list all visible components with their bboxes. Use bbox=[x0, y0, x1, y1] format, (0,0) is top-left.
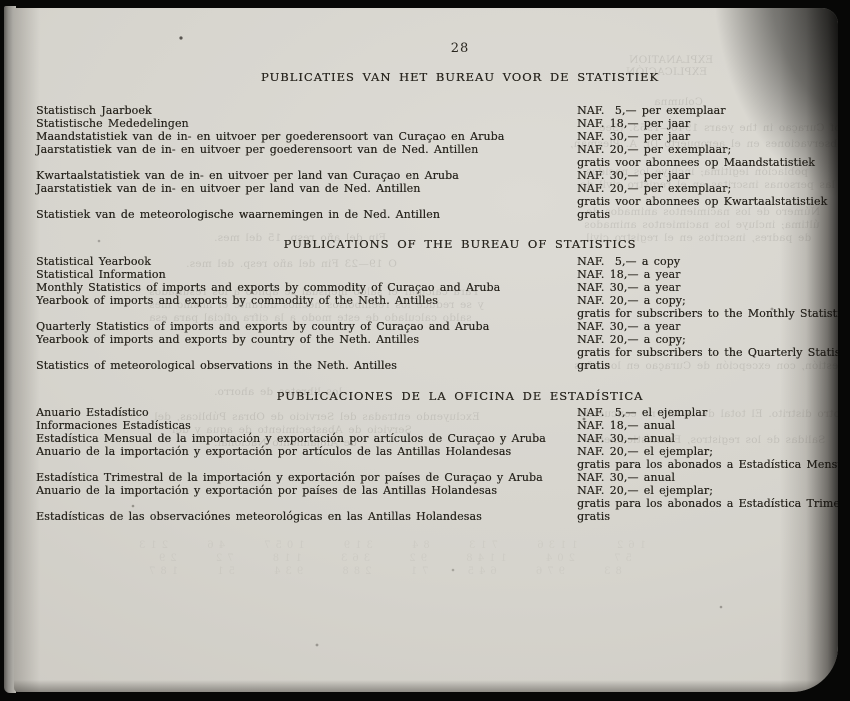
publication-row: gratis for subscribers to the Quarterly … bbox=[36, 346, 838, 359]
publication-row: Monthly Statistics of imports and export… bbox=[36, 281, 838, 294]
publication-title: Quarterly Statistics of imports and expo… bbox=[36, 320, 577, 333]
publication-price: NAF. 20,— a copy; bbox=[577, 333, 686, 346]
publication-title: Kwartaalstatistiek van de in- en uitvoer… bbox=[36, 169, 577, 182]
publication-price: NAF. 30,— per jaar bbox=[577, 169, 690, 182]
publication-title: Informaciones Estadísticas bbox=[36, 419, 577, 432]
publication-price: NAF. 5,— el ejemplar bbox=[577, 406, 707, 419]
publication-title: Statistics of meteorological observation… bbox=[36, 359, 577, 372]
publication-price: NAF. 20,— el ejemplar; bbox=[577, 484, 713, 497]
publication-title: Anuario de la importación y exportación … bbox=[36, 484, 577, 497]
publication-row: Statistical InformationNAF. 18,— a year bbox=[36, 268, 838, 281]
publication-row: Anuario de la importación y exportación … bbox=[36, 445, 838, 458]
page-number: 28 bbox=[14, 41, 838, 56]
publication-row: Statistical YearbookNAF. 5,— a copy bbox=[36, 255, 838, 268]
publication-title: Maandstatistiek van de in- en uitvoer pe… bbox=[36, 130, 577, 143]
dust-specks bbox=[14, 8, 16, 10]
scanned-book-page-background: { "page_number": "28", "paper": { "color… bbox=[0, 0, 850, 701]
publication-list-spanish: Anuario EstadísticoNAF. 5,— el ejemplar … bbox=[36, 406, 838, 523]
publication-title: Statistical Information bbox=[36, 268, 577, 281]
publication-row: Statistiek van de meteorologische waarne… bbox=[36, 208, 838, 221]
publication-price: NAF. 18,— per jaar bbox=[577, 117, 690, 130]
publication-price: NAF. 30,— a year bbox=[577, 281, 680, 294]
publication-row: gratis para los abonados a Estadística T… bbox=[36, 497, 838, 510]
publication-row: Yearbook of imports and exports by commo… bbox=[36, 294, 838, 307]
publication-title: Monthly Statistics of imports and export… bbox=[36, 281, 577, 294]
publication-row: Informaciones EstadísticasNAF. 18,— anua… bbox=[36, 419, 838, 432]
publication-title: Estadísticas de las observaciónes meteor… bbox=[36, 510, 577, 523]
publication-title: Estadística Mensual de la importación y … bbox=[36, 432, 577, 445]
publication-price: NAF. 5,— per exemplaar bbox=[577, 104, 726, 117]
publication-price: NAF. 18,— a year bbox=[577, 268, 680, 281]
publication-price: gratis bbox=[577, 510, 610, 523]
page-content: 28 PUBLICATIES VAN HET BUREAU VOOR DE ST… bbox=[14, 8, 838, 692]
publication-title: Jaarstatistiek van de in- en uitvoer per… bbox=[36, 182, 577, 195]
publication-row: Estadísticas de las observaciónes meteor… bbox=[36, 510, 838, 523]
publication-row: Statistics of meteorological observation… bbox=[36, 359, 838, 372]
publication-row: Anuario EstadísticoNAF. 5,— el ejemplar bbox=[36, 406, 838, 419]
publication-row: Anuario de la importación y exportación … bbox=[36, 484, 838, 497]
publication-title: Yearbook of imports and exports by commo… bbox=[36, 294, 577, 307]
publication-title: Estadística Trimestral de la importación… bbox=[36, 471, 577, 484]
publication-price: NAF. 5,— a copy bbox=[577, 255, 680, 268]
binding-shadow bbox=[716, 8, 838, 198]
publication-title: Statistical Yearbook bbox=[36, 255, 577, 268]
section-title-dutch: PUBLICATIES VAN HET BUREAU VOOR DE STATI… bbox=[14, 70, 838, 84]
publication-price: NAF. 20,— per exemplaar; bbox=[577, 143, 731, 156]
publication-row: Estadística Mensual de la importación y … bbox=[36, 432, 838, 445]
publication-row: Yearbook of imports and exports by count… bbox=[36, 333, 838, 346]
scanned-page: EXPLANATION EXPLICACIÓN Columna of Curaç… bbox=[14, 8, 838, 692]
publication-price: NAF. 30,— anual bbox=[577, 432, 675, 445]
publication-price: NAF. 30,— anual bbox=[577, 471, 675, 484]
publication-price: NAF. 20,— el ejemplar; bbox=[577, 445, 713, 458]
publication-row: Quarterly Statistics of imports and expo… bbox=[36, 320, 838, 333]
publication-price: gratis bbox=[577, 208, 610, 221]
section-title-english: PUBLICATIONS OF THE BUREAU OF STATISTICS bbox=[14, 237, 838, 251]
publication-price: gratis bbox=[577, 359, 610, 372]
publication-title: Statistiek van de meteorologische waarne… bbox=[36, 208, 577, 221]
publication-row: gratis for subscribers to the Monthly St… bbox=[36, 307, 838, 320]
publication-price: NAF. 20,— a copy; bbox=[577, 294, 686, 307]
publication-title: Statistische Mededelingen bbox=[36, 117, 577, 130]
publication-title: Anuario de la importación y exportación … bbox=[36, 445, 577, 458]
publication-list-english: Statistical YearbookNAF. 5,— a copy Stat… bbox=[36, 255, 838, 372]
publication-price: NAF. 30,— per jaar bbox=[577, 130, 690, 143]
publication-row: gratis para los abonados a Estadística M… bbox=[36, 458, 838, 471]
page-bottom-shadow bbox=[14, 680, 838, 692]
publication-title: Anuario Estadístico bbox=[36, 406, 577, 419]
section-title-spanish: PUBLICACIONES DE LA OFICINA DE ESTADÍSTI… bbox=[14, 389, 838, 403]
publication-row: Estadística Trimestral de la importación… bbox=[36, 471, 838, 484]
publication-price: NAF. 18,— anual bbox=[577, 419, 675, 432]
publication-price: NAF. 20,— per exemplaar; bbox=[577, 182, 731, 195]
publication-title: Statistisch Jaarboek bbox=[36, 104, 577, 117]
publication-price: NAF. 30,— a year bbox=[577, 320, 680, 333]
publication-title: Jaarstatistiek van de in- en uitvoer per… bbox=[36, 143, 577, 156]
publication-title: Yearbook of imports and exports by count… bbox=[36, 333, 577, 346]
